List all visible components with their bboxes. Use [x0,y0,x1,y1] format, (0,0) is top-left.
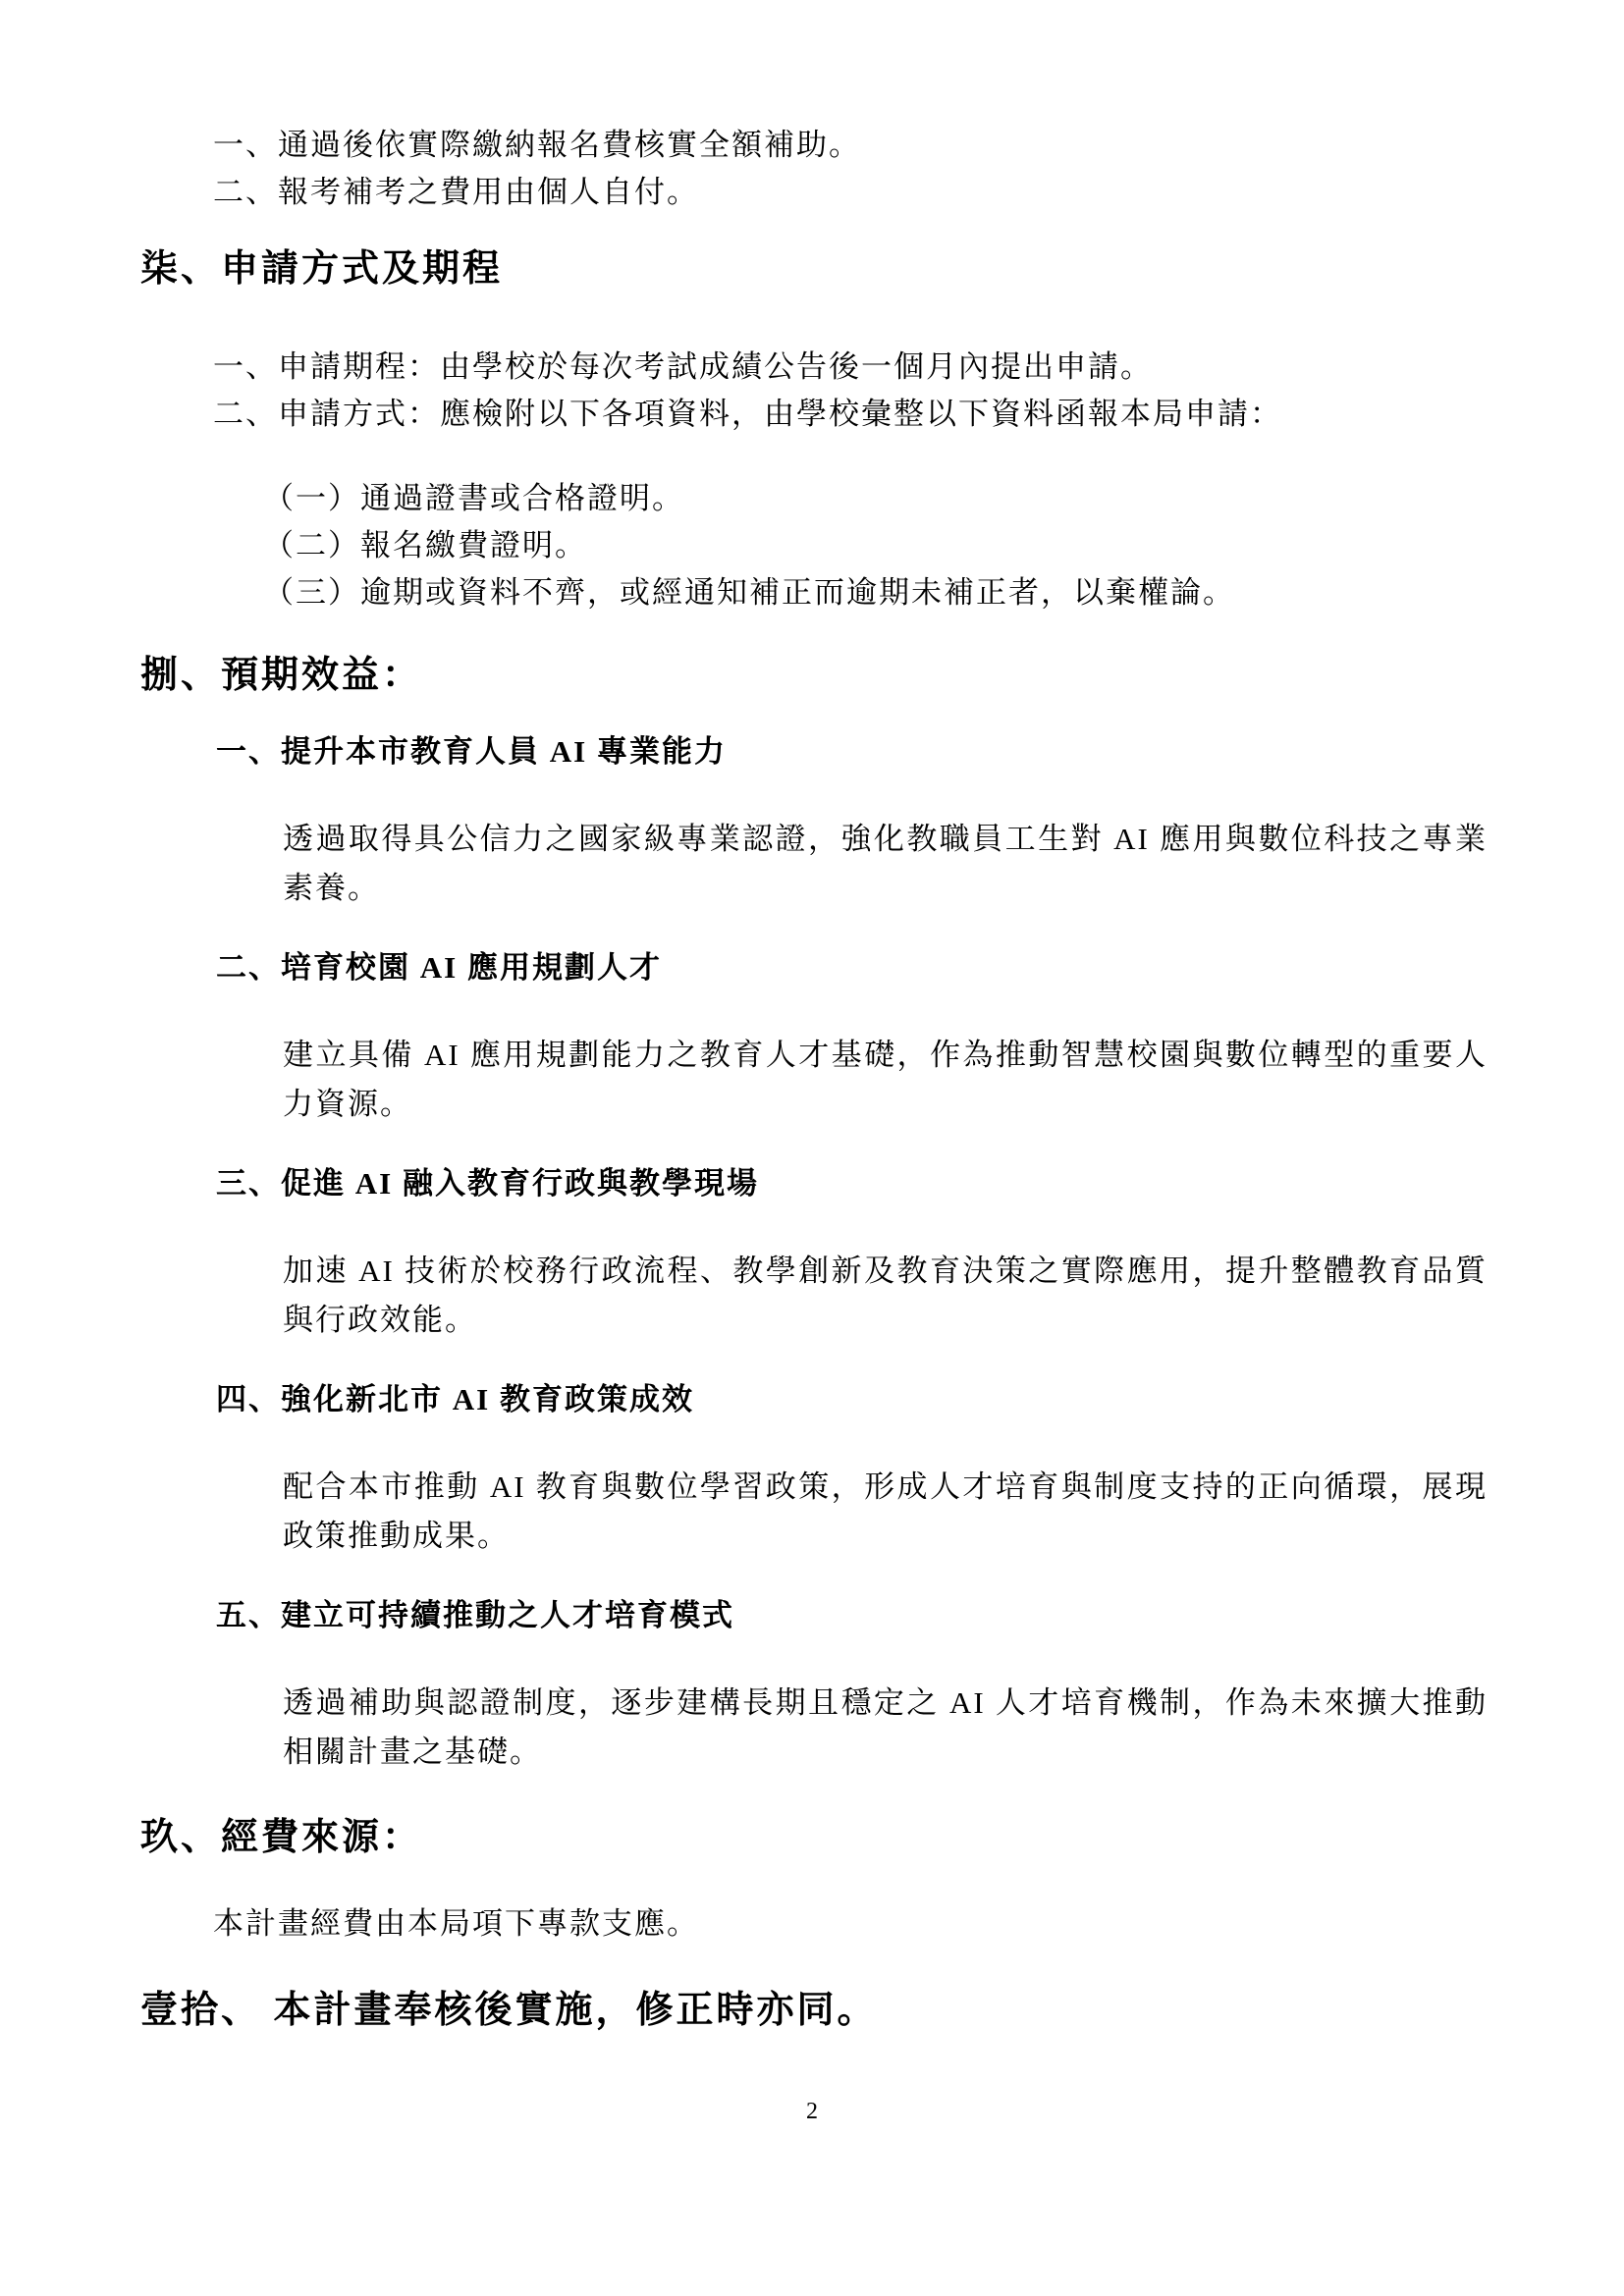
benefit-title: 五、建立可持續推動之人才培育模式 [216,1596,1488,1635]
section-heading-benefits: 捌、預期效益： [140,654,1624,697]
attachment-item: （一）通過證書或合格證明。 [263,475,1488,522]
page-number: 2 [0,2097,1624,2126]
attachment-item: （三）逾期或資料不齊，或經通知補正而逾期未補正者，以棄權論。 [263,569,1488,616]
benefit-body: 配合本市推動 AI 教育與數位學習政策，形成人才培育與制度支持的正向循環，展現政… [283,1463,1488,1561]
intro-item: 二、報考補考之費用由個人自付。 [213,169,1488,216]
attachment-item: （二）報名繳費證明。 [263,522,1488,569]
benefit-body: 加速 AI 技術於校務行政流程、教學創新及教育決策之實際應用，提升整體教育品質與… [283,1247,1488,1345]
benefit-title: 一、提升本市教育人員 AI 專業能力 [216,732,1488,772]
apply-item: 二、申請方式：應檢附以下各項資料，由學校彙整以下資料函報本局申請： [213,391,1488,438]
benefit-body: 透過補助與認證制度，逐步建構長期且穩定之 AI 人才培育機制，作為未來擴大推動相… [283,1679,1488,1777]
section-heading-apply: 柒、申請方式及期程 [140,247,1624,291]
section-heading-funding: 玖、經費來源： [140,1816,1624,1859]
apply-item: 一、申請期程：由學校於每次考試成績公告後一個月內提出申請。 [213,344,1488,391]
benefits-list: 一、提升本市教育人員 AI 專業能力 透過取得具公信力之國家級專業認證，強化教職… [0,732,1624,1777]
section-heading-final: 壹拾、 本計畫奉核後實施，修正時亦同。 [140,1989,1624,2032]
intro-item: 一、通過後依實際繳納報名費核實全額補助。 [213,122,1488,169]
benefit-body: 建立具備 AI 應用規劃能力之教育人才基礎，作為推動智慧校園與數位轉型的重要人力… [283,1031,1488,1129]
benefit-title: 四、強化新北市 AI 教育政策成效 [216,1380,1488,1419]
benefit-title: 二、培育校園 AI 應用規劃人才 [216,948,1488,988]
document-page: 一、通過後依實際繳納報名費核實全額補助。 二、報考補考之費用由個人自付。 柒、申… [0,0,1624,2296]
benefit-body: 透過取得具公信力之國家級專業認證，強化教職員工生對 AI 應用與數位科技之專業素… [283,815,1488,913]
attachments-list: （一）通過證書或合格證明。 （二）報名繳費證明。 （三）逾期或資料不齊，或經通知… [0,475,1624,616]
funding-body: 本計畫經費由本局項下專款支應。 [213,1904,1488,1944]
intro-list: 一、通過後依實際繳納報名費核實全額補助。 二、報考補考之費用由個人自付。 [0,0,1624,216]
benefit-title: 三、促進 AI 融入教育行政與教學現場 [216,1164,1488,1203]
apply-items-list: 一、申請期程：由學校於每次考試成績公告後一個月內提出申請。 二、申請方式：應檢附… [0,344,1624,438]
